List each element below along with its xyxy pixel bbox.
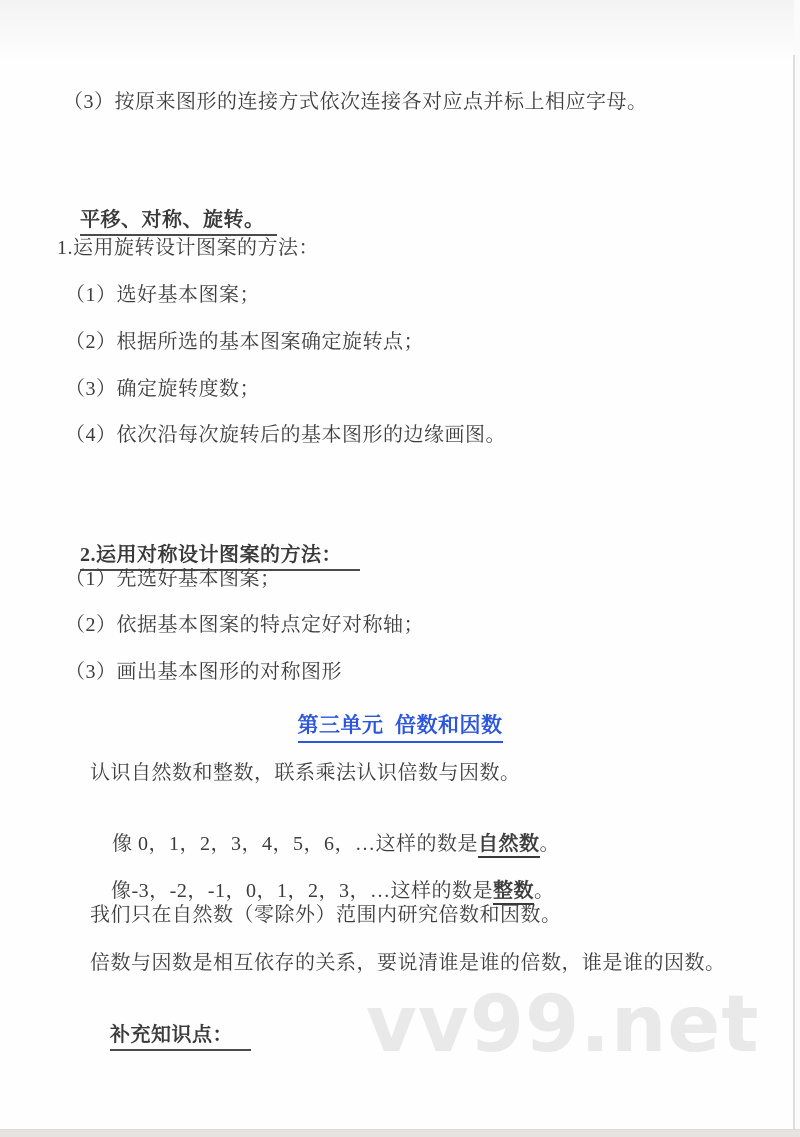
- natural-number-suffix: 。: [540, 833, 561, 855]
- rotate-step-2: （2）根据所选的基本图案确定旋转点；: [65, 330, 424, 354]
- unit-title-text: 第三单元 倍数和因数: [298, 709, 503, 743]
- unit-title: 第三单元 倍数和因数: [0, 709, 800, 743]
- heading-supplement: 补充知识点：: [88, 999, 251, 1075]
- page-bottom-edge: [0, 1129, 800, 1137]
- page-top-shadow: [0, 0, 800, 62]
- heading-rotate-method: 1.运用旋转设计图案的方法：: [57, 236, 319, 260]
- integer-prefix: 像-3，-2，-1，0，1，2，3，…这样的数是: [111, 880, 493, 902]
- integer-suffix: 。: [534, 880, 555, 902]
- rotate-step-3: （3）确定旋转度数；: [65, 377, 260, 401]
- para-connect-step: （3）按原来图形的连接方式依次连接各对应点并标上相应字母。: [63, 90, 648, 114]
- symmetry-step-2: （2）依据基本图案的特点定好对称轴；: [65, 613, 424, 637]
- rotate-step-4: （4）依次沿每次旋转后的基本图形的边缘画图。: [65, 423, 506, 447]
- integer-term: 整数: [493, 880, 534, 905]
- page-right-edge: [793, 55, 795, 1131]
- document-page: （3）按原来图形的连接方式依次连接各对应点并标上相应字母。 平移、对称、旋转。 …: [0, 0, 800, 1137]
- heading-supplement-text: 补充知识点：: [110, 1023, 251, 1051]
- natural-number-prefix: 像 0，1，2，3，4，5，6，…这样的数是: [112, 833, 478, 855]
- symmetry-step-1: （1）先选好基本图案；: [65, 567, 281, 591]
- watermark: vv99.net: [366, 986, 760, 1064]
- unit-intro: 认识自然数和整数，联系乘法认识倍数与因数。: [90, 761, 521, 785]
- symmetry-step-3: （3）画出基本图形的对称图形: [65, 660, 342, 684]
- heading-transformations-text: 平移、对称、旋转。: [80, 208, 277, 236]
- rotate-step-1: （1）选好基本图案；: [65, 283, 260, 307]
- scope-note: 我们只在自然数（零除外）范围内研究倍数和因数。: [90, 903, 562, 927]
- dependency-note: 倍数与因数是相互依存的关系，要说清谁是谁的倍数，谁是谁的因数。: [90, 951, 726, 975]
